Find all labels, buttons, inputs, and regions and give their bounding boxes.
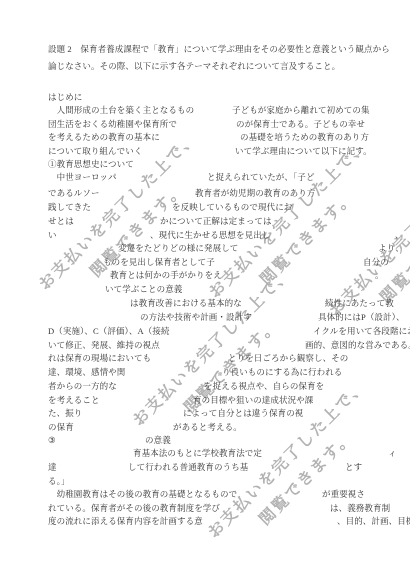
doc-text-fragment: のが保育士である。子どもの幸せ [236, 119, 365, 129]
doc-text-fragment: を考えるための教育の基本に [48, 132, 160, 142]
section-heading-1: ①教育思想史について [48, 159, 134, 169]
doc-text-fragment: 度の流れに添える保育内容を計画する意 [48, 516, 203, 526]
doc-text-fragment: について取り組んでいく [48, 146, 142, 156]
doc-text-fragment: して行われる普通教育のうち基 [128, 462, 248, 472]
doc-text-fragment: いて学ぶことの意義 [105, 284, 182, 294]
doc-text-fragment: れている。保育者がその後の教育制度を学び [48, 503, 220, 513]
document-page: お支払いを完了した上で、閲覧できます。お支払いを完了した上で、閲覧できます。お支… [0, 0, 410, 580]
doc-text-fragment: 団生活をおくる幼稚園や保育所で [48, 119, 177, 129]
doc-text-fragment: 達、環境、感情や関 [48, 367, 125, 377]
doc-text-fragment: イクルを用いて各段階にお [313, 326, 410, 336]
doc-text-fragment: 人間形成の土台を築く主となるもの [48, 105, 194, 115]
doc-text-fragment: いて修正、発展、維持の視点 [48, 340, 160, 350]
doc-text-fragment: を反映しているもので現代にお [172, 202, 292, 212]
doc-text-fragment: ものを見出し保育者として子 [103, 257, 215, 267]
doc-text-fragment: と捉えられていたが、「子ど [207, 172, 315, 182]
doc-text-fragment: 教育者が幼児期の教育のあり方 [195, 188, 315, 198]
doc-text-fragment: を考えること [48, 395, 100, 405]
document-text-layer: 設題 2 保育者養成課程で「教育」について学ぶ理由をその必要性と意義という観点か… [0, 0, 410, 580]
doc-text-fragment: は、義務教育制 [330, 503, 390, 513]
doc-text-fragment: より、 [378, 243, 404, 253]
doc-text-fragment: 幼稚園教育はその後の教育の基礎となるもので [48, 489, 237, 499]
doc-text-fragment: いて学ぶ理由について以下に記す。 [235, 146, 372, 156]
doc-text-fragment: の方法や技術や計画・設計す [140, 312, 252, 322]
doc-text-fragment: であるルソー [48, 188, 100, 198]
doc-text-fragment: れは保育の現場においても [48, 353, 151, 363]
doc-text-fragment: 続性にあたって教 [325, 298, 394, 308]
doc-text-fragment: 画的、意図的な営みである。そ [305, 340, 410, 350]
doc-text-fragment: 践してきた [48, 202, 91, 212]
doc-text-fragment: D（実施）、C（評価）、A（接続 [48, 326, 170, 336]
doc-text-fragment: 達 [48, 462, 57, 472]
doc-text-fragment: ィ [388, 448, 397, 458]
doc-text-fragment: 、 [395, 230, 404, 240]
doc-text-fragment: 中世ヨーロッパ [48, 172, 117, 182]
doc-text-fragment: 。 [375, 270, 384, 280]
doc-text-fragment: の保育 [48, 422, 74, 432]
doc-text-fragment: せとは [48, 216, 74, 226]
doc-text-fragment: る。」 [48, 476, 70, 486]
doc-text-fragment: の基礎を培うための教育のあり方 [240, 132, 369, 142]
doc-text-fragment: は教育改善における基本的な [130, 298, 242, 308]
doc-text-fragment: かについて正解は定まっては [160, 216, 272, 226]
section-heading-3: ③ [48, 435, 56, 445]
doc-text-fragment: 、目的、計画、目標へ [337, 516, 410, 526]
doc-text-fragment: とす [345, 462, 362, 472]
doc-text-fragment: 育基本法のもとに学校教育法で定 [133, 448, 262, 458]
doc-text-fragment: 子どもが家庭から離れて初めての集 [232, 105, 370, 115]
doc-text-fragment: が重要視さ [322, 489, 365, 499]
doc-text-fragment: とりを日ごろから観察し、その [228, 353, 348, 363]
doc-text-fragment: 変遷をたどりどの様に発展して [118, 243, 238, 253]
doc-text-fragment: 具体的にはP（設計）、 [318, 312, 405, 322]
doc-text-fragment: 自分の [363, 257, 389, 267]
doc-text-fragment: り良いものにする為に行われる [222, 367, 342, 377]
essay-prompt-line-2: 論じなさい。その際、以下に示す各テーマそれぞれについて言及すること。 [48, 61, 340, 71]
doc-text-fragment: の意義 [145, 435, 171, 445]
doc-text-fragment: た、振り [48, 408, 82, 418]
doc-text-fragment: 教育とは何かの手がかりをえ [110, 270, 222, 280]
doc-text-fragment: 者からの一方的な [48, 381, 117, 391]
essay-prompt-line-1: 設題 2 保育者養成課程で「教育」について学ぶ理由をその必要性と意義という観点か… [48, 44, 390, 54]
doc-text-fragment: があると考える。 [173, 422, 242, 432]
doc-text-fragment: 、現代に生かせる思想を見出し [150, 230, 270, 240]
section-heading-hajimeni: はじめに [48, 92, 82, 102]
doc-text-fragment: を捉える視点や、自らの保育を [204, 381, 324, 391]
doc-text-fragment: い [48, 230, 57, 240]
doc-text-fragment: 育の目標や狙いの達成状況や課 [193, 395, 313, 405]
doc-text-fragment: によって自分とは違う保育の視 [183, 408, 303, 418]
